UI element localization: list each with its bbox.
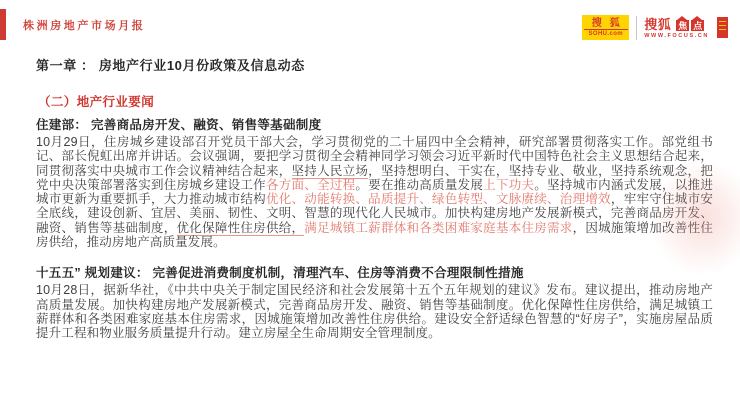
text-segment: 上下功夫 xyxy=(483,178,534,192)
sohu-focus-logo-text: 搜狐 xyxy=(644,18,671,31)
house-icon: 点 xyxy=(691,20,704,31)
sohu-focus-logo: 搜狐 焦点 WWW.FOCUS.CN xyxy=(644,16,709,39)
sohu-focus-domain: WWW.FOCUS.CN xyxy=(644,33,709,39)
text-segment: 优化、动能转换、品质提升、绿色转型、文脉赓续、治理增效 xyxy=(266,192,611,206)
focus-seal-icon xyxy=(717,17,728,38)
sohu-logo-domain: SOHU.com xyxy=(588,30,623,38)
logo-divider xyxy=(636,16,637,40)
chapter-title: 第一章 ： 房地产行业10月份政策及信息动态 xyxy=(36,55,713,74)
sohu-logo-text: 搜狐 xyxy=(584,18,628,30)
house-icon: 焦点 xyxy=(674,16,704,31)
text-segment: 优化保障性住房供给， xyxy=(177,221,305,236)
article-heading: 住建部： 完善商品房开发、融资、销售等基础制度 xyxy=(36,115,713,133)
text-segment: 各方面、全过程 xyxy=(266,178,355,192)
house-icon: 焦 xyxy=(676,20,689,31)
accent-bar xyxy=(0,9,6,40)
text-segment: 满足城镇工薪群体和各类困难家庭基本住房需求 xyxy=(304,221,572,235)
report-title: 株洲房地产市场月报 xyxy=(23,17,145,33)
articles-container: 住建部： 完善商品房开发、融资、销售等基础制度10月29日，住房城乡建设部召开党… xyxy=(36,115,713,341)
sohu-logo: 搜狐 SOHU.com xyxy=(582,15,629,40)
sohu-focus-logo-row: 搜狐 焦点 xyxy=(644,16,704,31)
text-segment: 坚持人民立场 xyxy=(292,164,369,179)
logo-group: 搜狐 SOHU.com 搜狐 焦点 WWW.FOCUS.CN xyxy=(582,15,728,40)
article-paragraph: 10月29日，住房城乡建设部召开党员干部大会，学习贯彻党的二十届四中全会精神，研… xyxy=(36,135,713,249)
text-segment: 10月28日，据新华社，《中共中央关于制定国民经济和社会发展第十五个五年规划的建… xyxy=(36,283,713,340)
report-body: 第一章 ： 房地产行业10月份政策及信息动态 （二）地产行业要闻 住建部： 完善… xyxy=(36,55,713,355)
text-segment: 。要在推动高质量发展 xyxy=(355,178,483,192)
article-heading: 十五五” 规划建议： 完善促进消费制度机制，清理汽车、住房等消费不合理限制性措施 xyxy=(36,263,713,281)
section-title: （二）地产行业要闻 xyxy=(38,92,713,110)
article-paragraph: 10月28日，据新华社，《中共中央关于制定国民经济和社会发展第十五个五年规划的建… xyxy=(36,283,713,340)
